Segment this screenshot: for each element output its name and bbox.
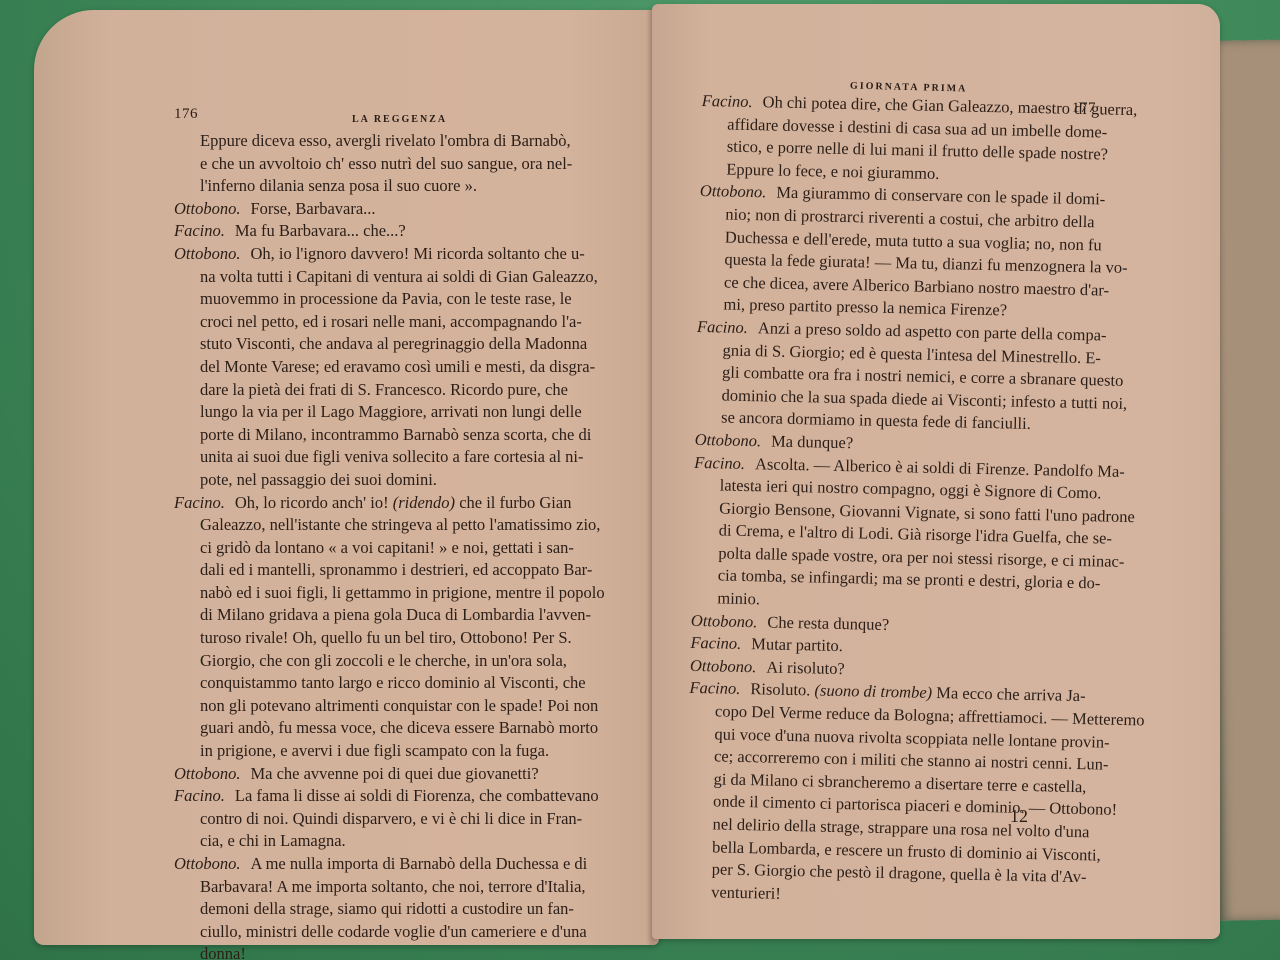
line-text: ci gridò da lontano « a voi capitani! » …: [200, 538, 574, 557]
line-text: l'inferno dilania senza posa il suo cuor…: [200, 176, 477, 195]
line-text: turoso rivale! Oh, quello fu un bel tiro…: [200, 628, 572, 647]
text-line: Galeazzo, nell'istante che stringeva al …: [174, 514, 605, 537]
text-line: porte di Milano, incontrammo Barnabò sen…: [174, 424, 605, 447]
text-line: lungo la via per il Lago Maggiore, arriv…: [174, 401, 605, 424]
line-text: Che resta dunque?: [767, 612, 889, 634]
text-line: in prigione, e avervi i due figli scampa…: [174, 740, 605, 763]
speaker-name: Ottobono.: [690, 656, 757, 676]
left-running-head: LA REGGENZA: [352, 110, 447, 127]
dialogue-line: Ottobono.Oh, io l'ignoro davvero! Mi ric…: [174, 243, 605, 266]
text-line: croci nel petto, ed i rosari nelle mani,…: [174, 311, 605, 334]
stage-direction: (suono di trombe): [810, 681, 936, 703]
speaker-name: Facino.: [174, 786, 225, 805]
text-line: Eppure diceva esso, avergli rivelato l'o…: [174, 130, 605, 153]
line-text: Ma fu Barbavara... che...?: [235, 221, 406, 240]
line-text: unita ai suoi due figli veniva sollecito…: [200, 447, 584, 466]
stage-direction: (ridendo): [389, 493, 460, 512]
left-page-number: 176: [174, 106, 198, 123]
text-line: conquistammo tanto largo e ricco dominio…: [174, 672, 605, 695]
line-text: non gli potevano altrimenti conquistar c…: [200, 696, 598, 715]
dialogue-line: Facino.Ma fu Barbavara... che...?: [174, 220, 605, 243]
dialogue-line: Ottobono.Forse, Barbavara...: [174, 198, 605, 221]
line-text: donna!: [200, 944, 246, 960]
right-page-text: Facino.Oh chi potea dire, che Gian Galea…: [685, 90, 1158, 913]
line-text: ciullo, ministri delle codarde voglie d'…: [200, 922, 587, 941]
line-text: Forse, Barbavara...: [250, 199, 375, 218]
dialogue-line: Facino.La fama li disse ai soldi di Fior…: [174, 785, 605, 808]
text-line: Giorgio, che con gli zoccoli e le cherch…: [174, 650, 605, 673]
text-line: del Monte Varese; ed eravamo così umili …: [174, 356, 605, 379]
text-line: stuto Visconti, che andava al peregrinag…: [174, 333, 605, 356]
text-line: cia, e chi in Lamagna.: [174, 830, 605, 853]
line-text: Oh, lo ricordo anch' io!: [235, 493, 389, 512]
left-page-text: Eppure diceva esso, avergli rivelato l'o…: [174, 130, 605, 960]
text-line: dali ed i mantelli, spronammo i destrier…: [174, 559, 605, 582]
text-line: l'inferno dilania senza posa il suo cuor…: [174, 175, 605, 198]
text-line: turoso rivale! Oh, quello fu un bel tiro…: [174, 627, 605, 650]
running-head-text: LA REGGENZA: [352, 114, 447, 125]
line-text: Risoluto.: [750, 680, 810, 700]
line-text: dare la pietà dei frati di S. Francesco.…: [200, 380, 568, 399]
line-text: dali ed i mantelli, spronammo i destrier…: [200, 560, 592, 579]
line-text: Eppure lo fece, e noi giurammo.: [726, 159, 939, 182]
dialogue-line: Ottobono.A me nulla importa di Barnabò d…: [174, 853, 605, 876]
speaker-name: Ottobono.: [174, 764, 240, 783]
line-text: na volta tutti i Capitani di ventura ai …: [200, 267, 598, 286]
line-text: Oh, io l'ignoro davvero! Mi ricorda solt…: [250, 244, 584, 263]
line-text: Galeazzo, nell'istante che stringeva al …: [200, 515, 600, 534]
text-line: unita ai suoi due figli veniva sollecito…: [174, 446, 605, 469]
line-text: Eppure diceva esso, avergli rivelato l'o…: [200, 131, 571, 150]
line-text: in prigione, e avervi i due figli scampa…: [200, 741, 549, 760]
line-text: pote, nel passaggio dei suoi domini.: [200, 470, 437, 489]
line-text: minio.: [717, 588, 760, 608]
text-line: nabò ed i suoi figli, li gettammo in pri…: [174, 582, 605, 605]
speaker-name: Facino.: [689, 678, 740, 698]
line-text: venturieri!: [711, 882, 781, 902]
running-head-text: GIORNATA PRIMA: [850, 80, 968, 94]
line-text: conquistammo tanto largo e ricco dominio…: [200, 673, 586, 692]
speaker-name: Facino.: [694, 452, 745, 472]
line-text: del Monte Varese; ed eravamo così umili …: [200, 357, 595, 376]
speaker-name: Ottobono.: [694, 430, 761, 450]
left-page: 176 LA REGGENZA Eppure diceva esso, aver…: [34, 10, 659, 945]
speaker-name: Facino.: [690, 633, 741, 653]
line-text: e che un avvoltoio ch' esso nutrì del su…: [200, 154, 572, 173]
line-text: demoni della strage, siamo qui ridotti a…: [200, 899, 574, 918]
line-text: cia, e chi in Lamagna.: [200, 831, 346, 850]
text-line: Barbavara! A me importa soltanto, che no…: [174, 876, 605, 899]
speaker-name: Facino.: [174, 493, 225, 512]
text-line: muovemmo in processione da Pavia, con le…: [174, 288, 605, 311]
line-text: Giorgio, che con gli zoccoli e le cherch…: [200, 651, 567, 670]
speaker-name: Facino.: [174, 221, 225, 240]
signature-mark: 12: [1010, 806, 1028, 827]
dialogue-line: Facino.Oh, lo ricordo anch' io! (ridendo…: [174, 492, 605, 515]
line-text: mi, preso partito presso la nemica Firen…: [723, 295, 1007, 320]
line-text: guari andò, fu messa voce, che diceva es…: [200, 718, 598, 737]
text-line: demoni della strage, siamo qui ridotti a…: [174, 898, 605, 921]
line-text: di Milano gridava a piena gola Duca di L…: [200, 605, 591, 624]
line-text: La fama li disse ai soldi di Fiorenza, c…: [235, 786, 599, 805]
text-line: contro di noi. Quindi disparvero, e vi è…: [174, 808, 605, 831]
text-line: dare la pietà dei frati di S. Francesco.…: [174, 379, 605, 402]
line-text: Ma ecco che arriva Ja-: [936, 683, 1086, 705]
text-line: ci gridò da lontano « a voi capitani! » …: [174, 537, 605, 560]
speaker-name: Ottobono.: [700, 181, 767, 201]
text-line: non gli potevano altrimenti conquistar c…: [174, 695, 605, 718]
speaker-name: Facino.: [697, 317, 748, 337]
line-text: contro di noi. Quindi disparvero, e vi è…: [200, 809, 582, 828]
speaker-name: Ottobono.: [174, 199, 240, 218]
line-text: nabò ed i suoi figli, li gettammo in pri…: [200, 583, 605, 602]
line-text: croci nel petto, ed i rosari nelle mani,…: [200, 312, 582, 331]
text-line: e che un avvoltoio ch' esso nutrì del su…: [174, 153, 605, 176]
text-line: ciullo, ministri delle codarde voglie d'…: [174, 921, 605, 944]
speaker-name: Facino.: [702, 91, 753, 111]
text-line: di Milano gridava a piena gola Duca di L…: [174, 604, 605, 627]
line-text: muovemmo in processione da Pavia, con le…: [200, 289, 572, 308]
line-text: lungo la via per il Lago Maggiore, arriv…: [200, 402, 582, 421]
line-text: che il furbo Gian: [459, 493, 571, 512]
text-line: donna!: [174, 943, 605, 960]
right-page: GIORNATA PRIMA 177 Facino.Oh chi potea d…: [652, 4, 1220, 939]
line-text: Mutar partito.: [751, 634, 843, 655]
line-text: Barbavara! A me importa soltanto, che no…: [200, 877, 586, 896]
text-line: guari andò, fu messa voce, che diceva es…: [174, 717, 605, 740]
line-text: Ai risoluto?: [766, 657, 845, 678]
line-text: stuto Visconti, che andava al peregrinag…: [200, 334, 587, 353]
text-line: pote, nel passaggio dei suoi domini.: [174, 469, 605, 492]
speaker-name: Ottobono.: [174, 244, 240, 263]
dialogue-line: Ottobono.Ma che avvenne poi di quei due …: [174, 763, 605, 786]
line-text: porte di Milano, incontrammo Barnabò sen…: [200, 425, 591, 444]
text-line: na volta tutti i Capitani di ventura ai …: [174, 266, 605, 289]
speaker-name: Ottobono.: [174, 854, 240, 873]
line-text: Ma dunque?: [771, 431, 853, 452]
line-text: A me nulla importa di Barnabò della Duch…: [250, 854, 587, 873]
speaker-name: Ottobono.: [691, 611, 758, 631]
line-text: Ma che avvenne poi di quei due giovanett…: [250, 764, 538, 783]
